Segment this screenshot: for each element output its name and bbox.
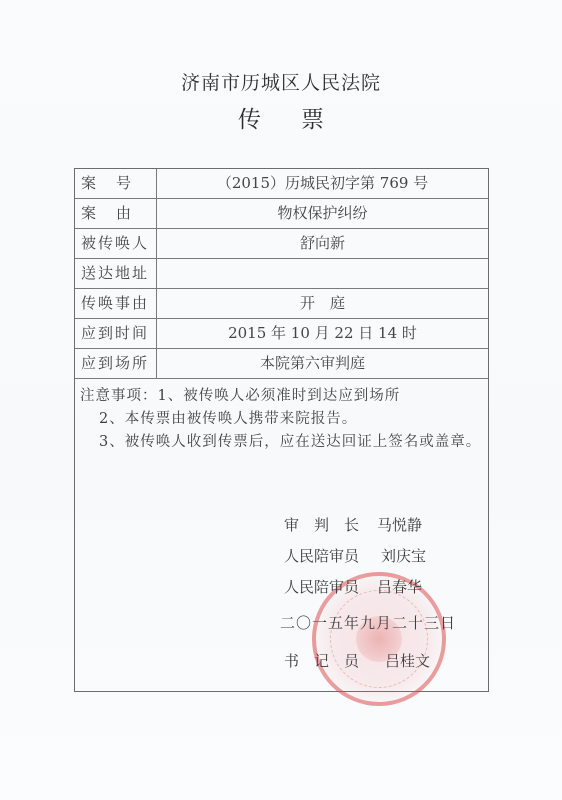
value-service-address xyxy=(157,259,488,288)
notes-prefix: 注意事项： xyxy=(80,388,158,404)
label-appearance-time: 应到时间 xyxy=(75,319,157,348)
row-case-number: 案号 （2015）历城民初字第 769 号 xyxy=(75,169,488,199)
role-juror-2: 人民陪审员 xyxy=(284,576,359,597)
name-juror-1: 刘庆宝 xyxy=(381,545,426,566)
court-name: 济南市历城区人民法院 xyxy=(0,68,562,95)
row-summons-reason: 传唤事由 开 庭 xyxy=(75,289,488,319)
signature-presiding-judge: 审 判 长马悦静 xyxy=(284,514,422,535)
value-summons-reason: 开 庭 xyxy=(157,289,488,318)
row-case-cause: 案由 物权保护纠纷 xyxy=(75,199,488,229)
name-juror-2: 吕春华 xyxy=(377,576,422,597)
role-juror-1: 人民陪审员 xyxy=(284,545,359,566)
role-clerk: 书 记 员 xyxy=(284,650,359,671)
document-title: 传票 xyxy=(0,101,562,134)
label-summons-reason: 传唤事由 xyxy=(75,289,157,318)
role-presiding-judge: 审 判 长 xyxy=(284,514,359,535)
label-summoned-person: 被传唤人 xyxy=(75,229,157,258)
value-case-number: （2015）历城民初字第 769 号 xyxy=(157,169,488,198)
row-summoned-person: 被传唤人 舒向新 xyxy=(75,229,488,259)
name-presiding-judge: 马悦静 xyxy=(377,514,422,535)
name-clerk: 吕桂文 xyxy=(385,650,430,671)
row-service-address: 送达地址 xyxy=(75,259,488,289)
label-appearance-place: 应到场所 xyxy=(75,349,157,378)
value-appearance-place: 本院第六审判庭 xyxy=(157,349,488,378)
label-case-cause: 案由 xyxy=(75,199,157,228)
note-item-1: 1、被传唤人必须准时到达应到场所 xyxy=(158,388,401,404)
value-appearance-time: 2015 年 10 月 22 日 14 时 xyxy=(157,319,488,348)
note-item-3: 3、被传唤人收到传票后，应在送达回证上签名或盖章。 xyxy=(99,430,481,451)
label-service-address: 送达地址 xyxy=(75,259,157,288)
row-appearance-time: 应到时间 2015 年 10 月 22 日 14 时 xyxy=(75,319,488,349)
signature-juror-1: 人民陪审员刘庆宝 xyxy=(284,545,426,566)
note-line-1: 注意事项：1、被传唤人必须准时到达应到场所 xyxy=(80,384,400,405)
note-item-2: 2、本传票由被传唤人携带来院报告。 xyxy=(99,407,357,428)
notes-section: 注意事项：1、被传唤人必须准时到达应到场所 2、本传票由被传唤人携带来院报告。 … xyxy=(75,381,488,691)
summons-page: 济南市历城区人民法院 传票 案号 （2015）历城民初字第 769 号 案由 物… xyxy=(0,0,562,800)
value-case-cause: 物权保护纠纷 xyxy=(157,199,488,228)
row-appearance-place: 应到场所 本院第六审判庭 xyxy=(75,349,488,379)
signature-juror-2: 人民陪审员吕春华 xyxy=(284,576,422,597)
value-summoned-person: 舒向新 xyxy=(157,229,488,258)
signature-clerk: 书 记 员吕桂文 xyxy=(284,650,430,671)
label-case-number: 案号 xyxy=(75,169,157,198)
signature-date: 二〇一五年九月二十三日 xyxy=(280,612,456,633)
